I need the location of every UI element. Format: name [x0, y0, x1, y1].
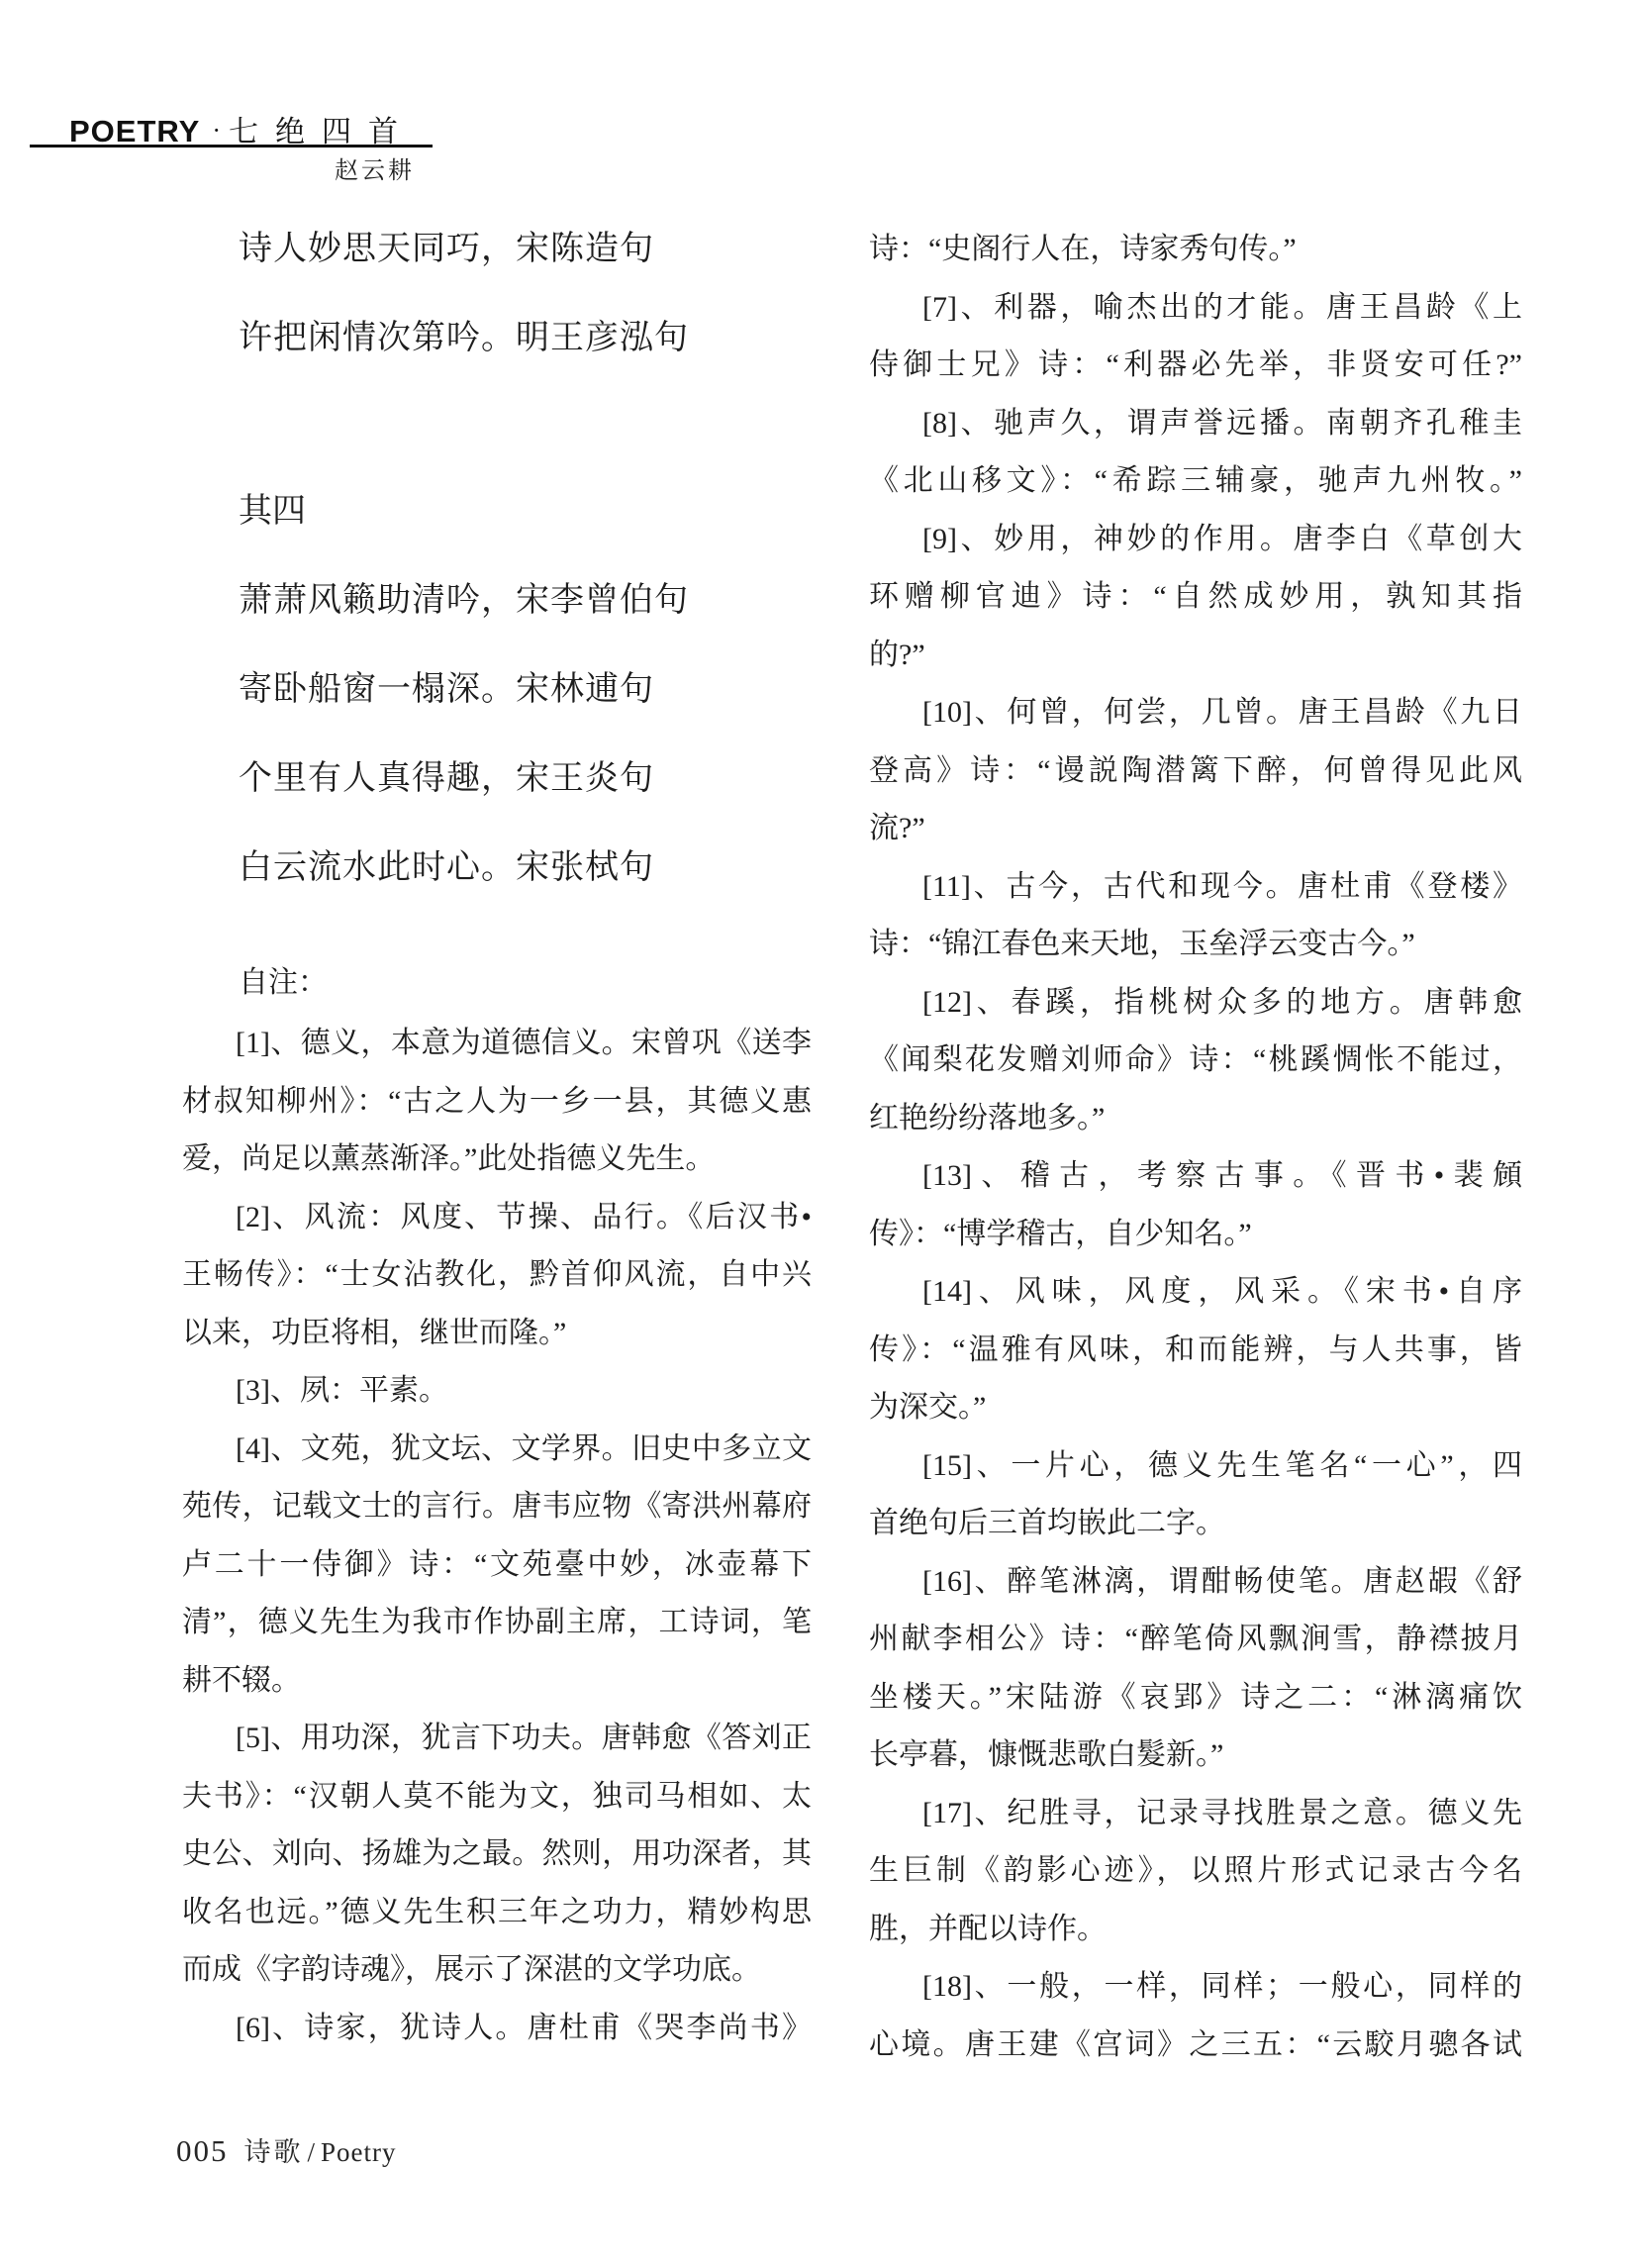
note-text-line: [17]、纪胜寻，记录寻找胜景之意。德义先 [869, 1785, 1522, 1843]
note-text-line: 生巨制《韵影心迹》，以照片形式记录古今名 [869, 1842, 1522, 1901]
poem-line: 许把闲情次第吟。明王彦泓句 [182, 294, 812, 383]
note-text-line: [4]、文苑，犹文坛、文学界。旧史中多立文 [182, 1421, 812, 1479]
magazine-page: POETRY·七绝四首 赵云耕 诗人妙思天同巧，宋陈造句许把闲情次第吟。明王彦泓… [0, 0, 1640, 2268]
note-text-line: 卢二十一侍御》诗：“文苑臺中妙，冰壶幕下 [182, 1536, 812, 1595]
page-number: 005 [176, 2133, 229, 2168]
note-text-line: [1]、德义，本意为道德信义。宋曾巩《送李 [182, 1015, 812, 1073]
note-text-line: [16]、醉笔淋漓，谓酣畅使笔。唐赵嘏《舒 [869, 1553, 1522, 1612]
note-text-line: 州献李相公》诗：“醉笔倚风飘涧雪，静襟披月 [869, 1611, 1522, 1669]
note-text-line: 而成《字韵诗魂》，展示了深湛的文学功底。 [182, 1941, 812, 2000]
note-text-line: [13]、稽古，考察古事。《晋书•裴頠 [869, 1147, 1522, 1206]
poem-line: 个里有人真得趣，宋王炎句 [182, 735, 812, 824]
note-text-line: [6]、诗家，犹诗人。唐杜甫《哭李尚书》 [182, 2000, 812, 2058]
note-text-line: 诗：“锦江春色来天地，玉垒浮云变古今。” [869, 916, 1522, 974]
note-text-line: 夫书》：“汉朝人莫不能为文，独司马相如、太 [182, 1768, 812, 1826]
right-text-column: 诗：“史阁行人在，诗家秀句传。”[7]、利器，喻杰出的才能。唐王昌龄《上侍御士兄… [869, 221, 1522, 2074]
note-text-line: 首绝句后三首均嵌此二字。 [869, 1495, 1522, 1553]
note-text-line: [12]、春蹊，指桃树众多的地方。唐韩愈 [869, 974, 1522, 1033]
magazine-title: POETRY [69, 114, 200, 148]
notes-label: 自注： [182, 951, 812, 1015]
note-text-line: [10]、何曾，何尝，几曾。唐王昌龄《九日 [869, 684, 1522, 742]
note-text-line: 材叔知柳州》：“古之人为一乡一县，其德义惠 [182, 1073, 812, 1132]
poem-line: 萧萧风籁助清吟，宋李曾伯句 [182, 556, 812, 645]
note-text-line: [11]、古今，古代和现今。唐杜甫《登楼》 [869, 858, 1522, 917]
note-text-line: 坐楼天。”宋陆游《哀郢》诗之二：“淋漓痛饮 [869, 1669, 1522, 1727]
note-text-line: 收名也远。”德义先生积三年之功力，精妙构思 [182, 1884, 812, 1942]
header-rule [30, 145, 433, 148]
note-text-line: [15]、一片心，德义先生笔名“一心”，四 [869, 1437, 1522, 1496]
note-text-line: 《北山移文》：“希踪三辅豪，驰声九州牧。” [869, 452, 1522, 511]
note-text-line: 登高》诗：“谩説陶潜篱下醉，何曾得见此风 [869, 742, 1522, 801]
left-text-column: 诗人妙思天同巧，宋陈造句许把闲情次第吟。明王彦泓句其四萧萧风籁助清吟，宋李曾伯句… [182, 205, 812, 2057]
note-text-line: 传》：“博学稽古，自少知名。” [869, 1206, 1522, 1264]
note-text-line: 环赠柳官迪》诗：“自然成妙用，孰知其指 [869, 568, 1522, 627]
note-text-line: [14]、风味，风度，风采。《宋书•自序 [869, 1263, 1522, 1322]
note-text-line: 胜，并配以诗作。 [869, 1901, 1522, 1959]
note-text-line: 红艳纷纷落地多。” [869, 1090, 1522, 1148]
footer-separator: / [308, 2137, 316, 2167]
note-text-line: 传》：“温雅有风味，和而能辨，与人共事，皆 [869, 1322, 1522, 1380]
note-text-line: [7]、利器，喻杰出的才能。唐王昌龄《上 [869, 279, 1522, 338]
note-text-line: [2]、风流：风度、节操、品行。《后汉书• [182, 1189, 812, 1247]
note-text-line: 长亭暮，慷慨悲歌白髮新。” [869, 1726, 1522, 1785]
note-text-line: 的?” [869, 627, 1522, 685]
poem-line: 寄卧船窗一榻深。宋林逋句 [182, 645, 812, 735]
poem-line: 诗人妙思天同巧，宋陈造句 [182, 205, 812, 294]
note-text-line: 《闻梨花发赠刘师命》诗：“桃蹊惆怅不能过， [869, 1032, 1522, 1090]
note-text-line: 为深交。” [869, 1379, 1522, 1437]
poem-section-title: 其四 [182, 467, 812, 556]
note-text-line: [18]、一般，一样，同样；一般心，同样的 [869, 1958, 1522, 2017]
note-text-line: 王畅传》：“士女沾教化，黔首仰风流，自中兴 [182, 1246, 812, 1305]
header-separator: · [212, 116, 221, 145]
note-text-line: 诗：“史阁行人在，诗家秀句传。” [869, 221, 1522, 279]
note-text-line: [5]、用功深，犹言下功夫。唐韩愈《答刘正 [182, 1710, 812, 1768]
note-text-line: 清”，德义先生为我市作协副主席，工诗词，笔 [182, 1594, 812, 1652]
note-text-line: 以来，功臣将相，继世而隆。” [182, 1305, 812, 1363]
note-text-line: 流?” [869, 800, 1522, 858]
note-text-line: 苑传，记载文士的言行。唐韦应物《寄洪州幕府 [182, 1478, 812, 1536]
note-text-line: 耕不辍。 [182, 1652, 812, 1711]
note-text-line: 心境。唐王建《宫词》之三五：“云駮月骢各试 [869, 2017, 1522, 2075]
note-text-line: [3]、夙：平素。 [182, 1362, 812, 1421]
footer-section-en: Poetry [321, 2137, 397, 2167]
author-name: 赵云耕 [335, 150, 415, 185]
poem-line: 白云流水此时心。宋张栻句 [182, 824, 812, 913]
note-text-line: [9]、妙用，神妙的作用。唐李白《草创大 [869, 511, 1522, 569]
note-text-line: 史公、刘向、扬雄为之最。然则，用功深者，其 [182, 1825, 812, 1884]
page-footer: 005诗歌/Poetry [176, 2130, 397, 2169]
note-text-line: 爱，尚足以薰蒸渐泽。”此处指德义先生。 [182, 1131, 812, 1189]
footer-section-cn: 诗歌 [244, 2137, 304, 2167]
note-text-line: [8]、驰声久，谓声誉远播。南朝齐孔稚圭 [869, 395, 1522, 453]
note-text-line: 侍御士兄》诗：“利器必先举，非贤安可任?” [869, 337, 1522, 395]
